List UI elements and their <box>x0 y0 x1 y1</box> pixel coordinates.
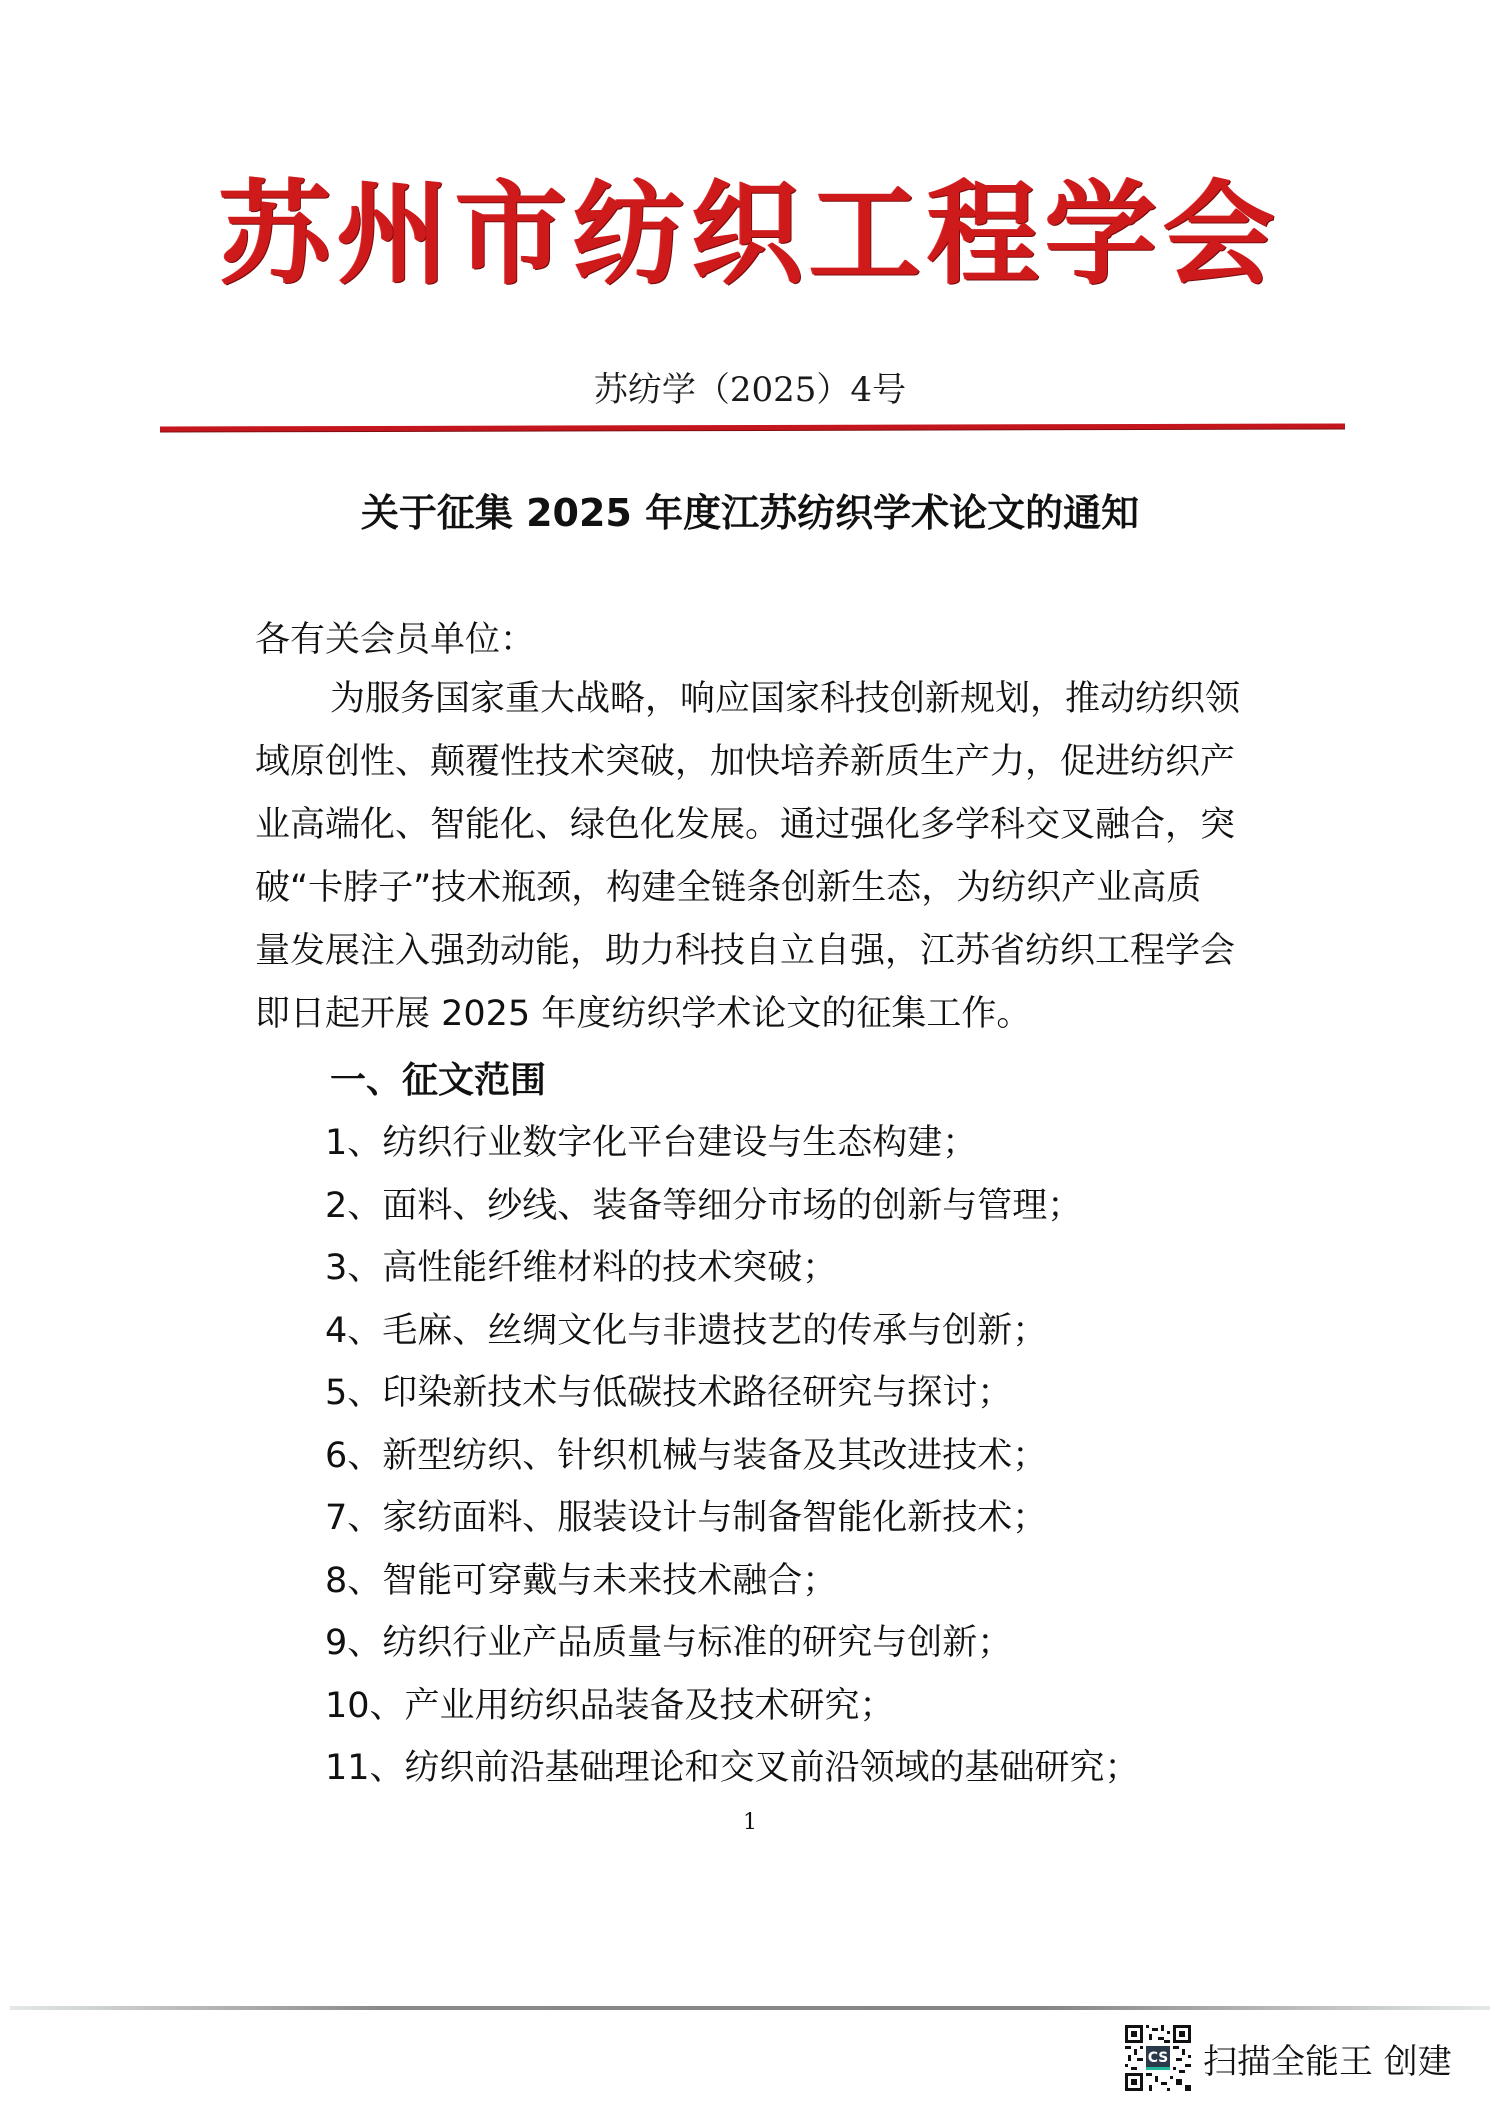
salutation: 各有关会员单位： <box>255 612 535 662</box>
organization-masthead: 苏州市纺织工程学会 <box>0 170 1500 300</box>
scope-list: 1、纺织行业数字化平台建设与生态构建； 2、面料、纱线、装备等细分市场的创新与管… <box>325 1112 1140 1800</box>
svg-text:CS: CS <box>1148 2050 1168 2066</box>
section-heading-scope: 一、征文范围 <box>330 1052 546 1103</box>
list-item: 4、毛麻、丝绸文化与非遗技艺的传承与创新； <box>325 1300 1140 1363</box>
watermark-text: 扫描全能王 创建 <box>1203 2034 1452 2083</box>
paragraph-line: 域原创性、颠覆性技术突破，加快培养新质生产力，促进纺织产 <box>255 731 1285 794</box>
qr-code-icon: CS <box>1125 2025 1191 2091</box>
intro-paragraph: 为服务国家重大战略，响应国家科技创新规划，推动纺织领 域原创性、颠覆性技术突破，… <box>255 668 1285 1046</box>
list-item: 9、纺织行业产品质量与标准的研究与创新； <box>325 1612 1140 1675</box>
paragraph-line: 即日起开展 2025 年度纺织学术论文的征集工作。 <box>255 983 1285 1046</box>
document-page: 苏州市纺织工程学会 苏纺学（2025）4号 关于征集 2025 年度江苏纺织学术… <box>0 0 1500 2010</box>
list-item: 2、面料、纱线、装备等细分市场的创新与管理； <box>325 1175 1140 1238</box>
paragraph-line: 破“卡脖子”技术瓶颈，构建全链条创新生态，为纺织产业高质 <box>255 857 1285 920</box>
list-item: 3、高性能纤维材料的技术突破； <box>325 1237 1140 1300</box>
document-number: 苏纺学（2025）4号 <box>0 362 1500 411</box>
paragraph-line: 量发展注入强劲动能，助力科技自立自强，江苏省纺织工程学会 <box>255 920 1285 983</box>
list-item: 10、产业用纺织品装备及技术研究； <box>325 1675 1140 1738</box>
paragraph-line: 为服务国家重大战略，响应国家科技创新规划，推动纺织领 <box>255 668 1285 731</box>
list-item: 7、家纺面料、服装设计与制备智能化新技术； <box>325 1487 1140 1550</box>
list-item: 11、纺织前沿基础理论和交叉前沿领域的基础研究； <box>325 1737 1140 1800</box>
list-item: 1、纺织行业数字化平台建设与生态构建； <box>325 1112 1140 1175</box>
scanner-watermark: CS 扫描全能王 创建 <box>1125 2025 1452 2091</box>
page-number: 1 <box>0 1810 1500 1835</box>
list-item: 8、智能可穿戴与未来技术融合； <box>325 1550 1140 1613</box>
list-item: 5、印染新技术与低碳技术路径研究与探讨； <box>325 1362 1140 1425</box>
list-item: 6、新型纺织、针织机械与装备及其改进技术； <box>325 1425 1140 1488</box>
page-edge-divider <box>10 2006 1490 2010</box>
paragraph-line: 业高端化、智能化、绿色化发展。通过强化多学科交叉融合，突 <box>255 794 1285 857</box>
red-header-rule <box>160 423 1345 431</box>
notice-title: 关于征集 2025 年度江苏纺织学术论文的通知 <box>0 482 1500 537</box>
